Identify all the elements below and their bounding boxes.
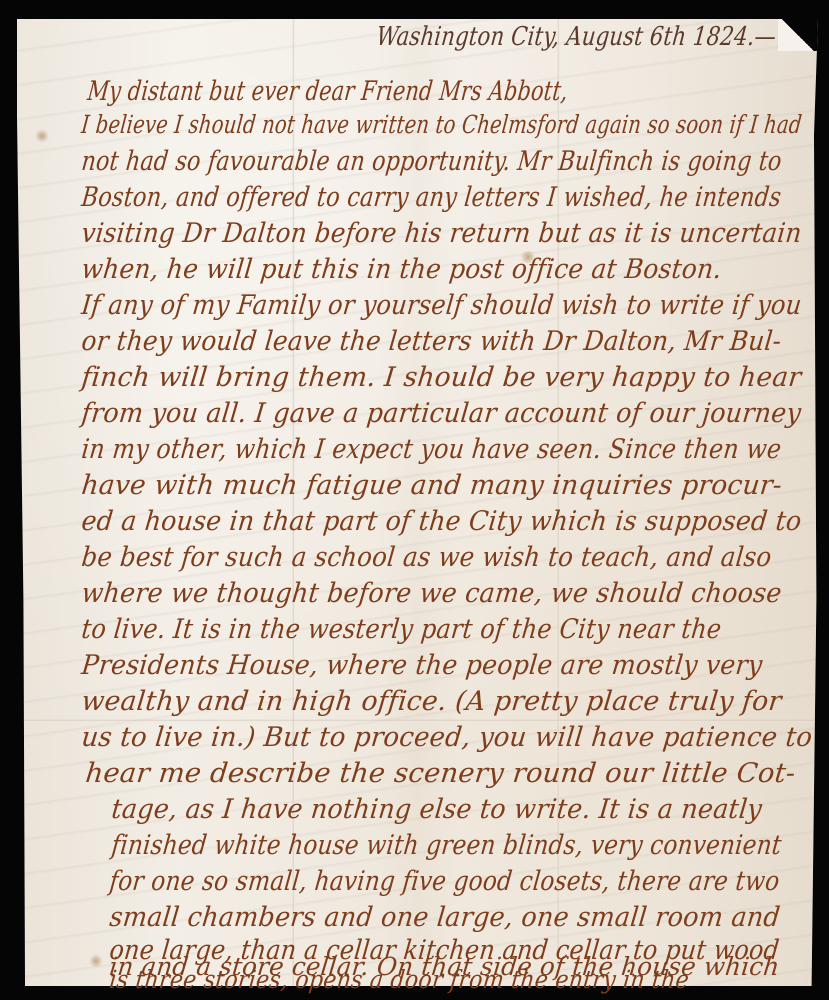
letter-line: visiting Dr Dalton before his return but… bbox=[80, 218, 803, 249]
letter-line: not had so favourable an opportunity. Mr… bbox=[80, 146, 783, 177]
letter-line: for one so small, having five good close… bbox=[108, 866, 781, 897]
letter-line: in my other, which I expect you have see… bbox=[80, 434, 783, 465]
letter-line: where we thought before we came, we shou… bbox=[80, 578, 783, 609]
letter-line: us to live in.) But to proceed, you will… bbox=[80, 722, 814, 753]
letter-line: Presidents House, where the people are m… bbox=[80, 650, 764, 681]
letter-line: from you all. I gave a particular accoun… bbox=[80, 398, 803, 429]
dog-eared-corner bbox=[778, 19, 818, 51]
letter-line: or they would leave the letters with Dr … bbox=[80, 326, 783, 357]
letter-line: is three stories, opens a door from the … bbox=[108, 965, 690, 994]
letter-line: hear me describe the scenery round our l… bbox=[84, 758, 797, 789]
letter-line: small chambers and one large, one small … bbox=[108, 902, 782, 933]
letter-line: I believe I should not have written to C… bbox=[80, 110, 803, 139]
ink-stain bbox=[35, 129, 49, 143]
letter-line: be best for such a school as we wish to … bbox=[80, 542, 773, 573]
letter-line: If any of my Family or yourself should w… bbox=[80, 290, 803, 321]
letter-salutation: My distant but ever dear Friend Mrs Abbo… bbox=[86, 76, 569, 107]
letter-line: finch will bring them. I should be very … bbox=[80, 362, 803, 393]
letter-line: have with much fatigue and many inquirie… bbox=[80, 470, 784, 501]
letter-line: to live. It is in the westerly part of t… bbox=[80, 614, 723, 645]
letter-line: Boston, and offered to carry any letters… bbox=[80, 182, 783, 213]
letter-line: finished white house with green blinds, … bbox=[110, 830, 783, 861]
letter-line: when, he will put this in the post offic… bbox=[80, 254, 723, 285]
letter-line: ed a house in that part of the City whic… bbox=[80, 506, 803, 537]
letter-line: wealthy and in high office. (A pretty pl… bbox=[80, 686, 783, 717]
letter-line: tage, as I have nothing else to write. I… bbox=[110, 794, 763, 825]
letter-dateline: Washington City, August 6th 1824.— bbox=[375, 22, 778, 52]
ink-stain bbox=[89, 954, 103, 968]
